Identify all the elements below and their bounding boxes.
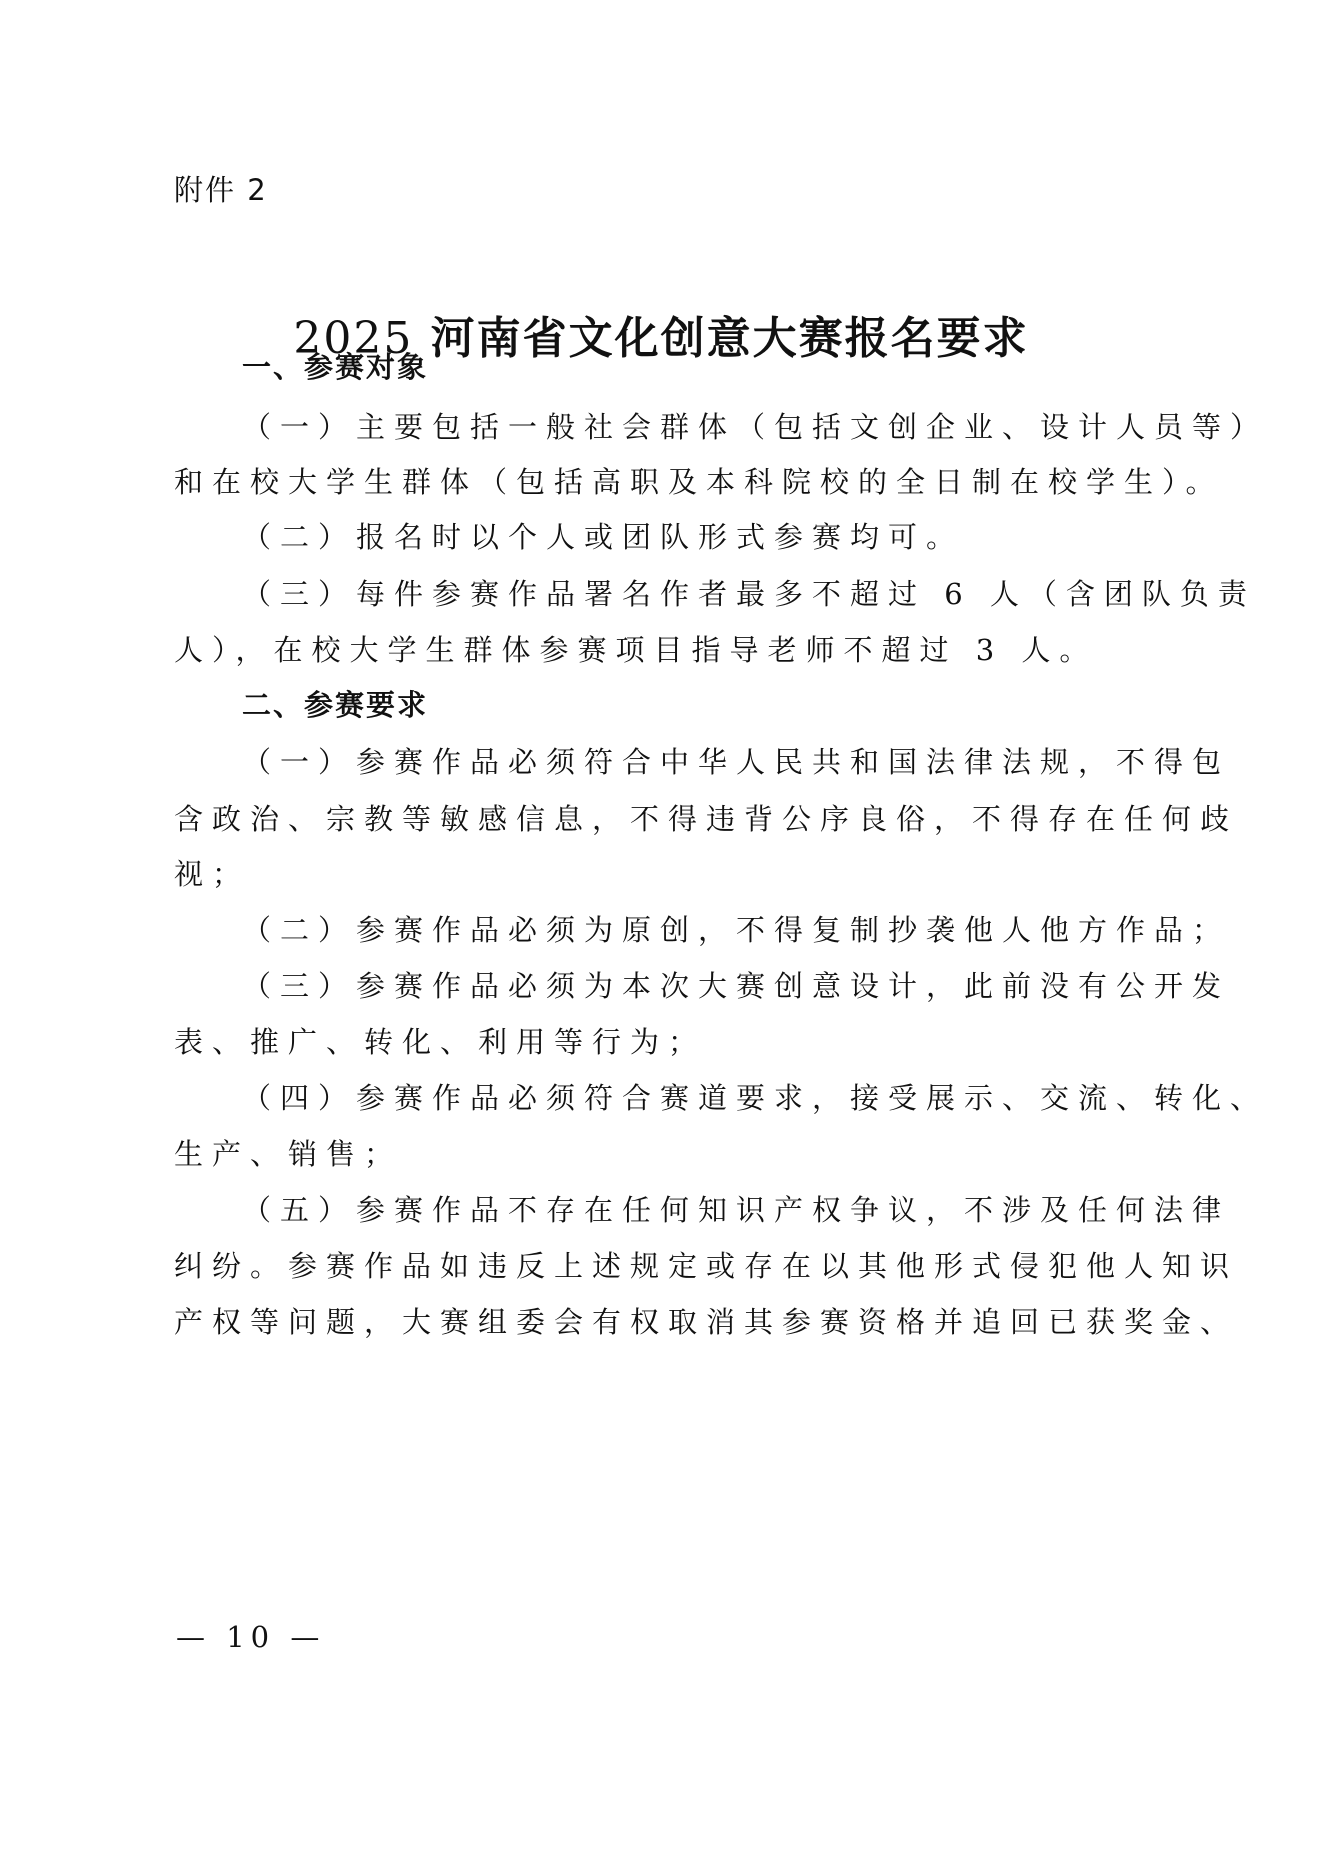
paragraph-line: 人），在校大学生群体参赛项目指导老师不超过 3 人。	[174, 628, 1164, 669]
paragraph-line: （二）参赛作品必须为原创，不得复制抄袭他人他方作品；	[242, 908, 1232, 949]
document-page: 附件 2 2025 河南省文化创意大赛报名要求 一、参赛对象 （一）主要包括一般…	[0, 0, 1322, 1868]
paragraph-line: （一）参赛作品必须符合中华人民共和国法律法规，不得包	[242, 740, 1232, 781]
paragraph-line: 生产、销售；	[174, 1132, 1164, 1173]
paragraph-line: （五）参赛作品不存在任何知识产权争议，不涉及任何法律	[242, 1188, 1232, 1229]
section-heading-1: 一、参赛对象	[242, 345, 1232, 386]
paragraph-line: 产权等问题，大赛组委会有权取消其参赛资格并追回已获奖金、	[174, 1300, 1164, 1341]
paragraph-line: （三）参赛作品必须为本次大赛创意设计，此前没有公开发	[242, 964, 1232, 1005]
paragraph-line: 表、推广、转化、利用等行为；	[174, 1020, 1164, 1061]
paragraph-line: （一）主要包括一般社会群体（包括文创企业、设计人员等）	[242, 405, 1232, 446]
paragraph-line: 和在校大学生群体（包括高职及本科院校的全日制在校学生）。	[174, 460, 1164, 501]
paragraph-line: 含政治、宗教等敏感信息，不得违背公序良俗，不得存在任何歧	[174, 797, 1164, 838]
paragraph-line: 纠纷。参赛作品如违反上述规定或存在以其他形式侵犯他人知识	[174, 1244, 1164, 1285]
section-heading-2: 二、参赛要求	[242, 683, 1232, 724]
attachment-label: 附件 2	[174, 168, 268, 209]
paragraph-line: （二）报名时以个人或团队形式参赛均可。	[242, 515, 1232, 556]
page-number: — 10 —	[176, 1620, 325, 1654]
paragraph-line: （四）参赛作品必须符合赛道要求，接受展示、交流、转化、	[242, 1076, 1232, 1117]
paragraph-line: （三）每件参赛作品署名作者最多不超过 6 人（含团队负责	[242, 572, 1232, 613]
paragraph-line: 视；	[174, 852, 1164, 893]
